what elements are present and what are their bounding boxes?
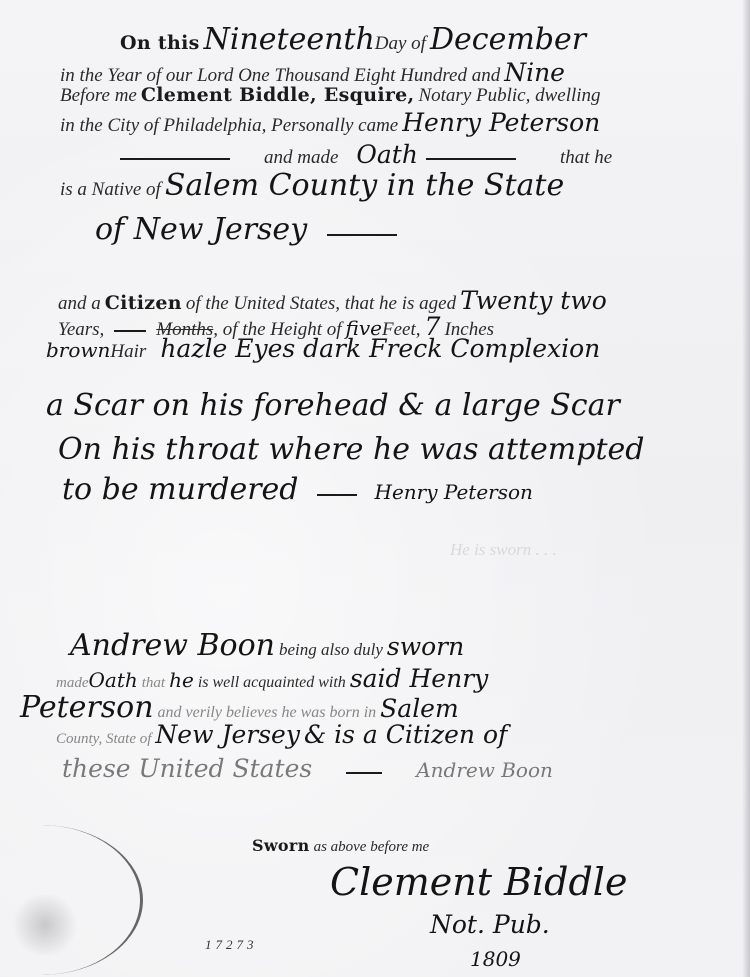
blank-dash: [346, 772, 382, 774]
handwritten-he: he: [169, 668, 194, 692]
citizen-line: and a Citizen of the United States, that…: [58, 286, 607, 315]
handwritten-hair: brown: [46, 338, 110, 362]
witness-line: Andrew Boon being also duly sworn: [70, 628, 464, 663]
applicant-signature: Henry Peterson: [375, 480, 533, 504]
printed-as-above: as above before me: [314, 839, 430, 855]
county-line: County, State of New Jersey & is a Citiz…: [56, 720, 507, 749]
printed-duly: being also duly: [279, 640, 383, 659]
printed-county-state: County, State of: [56, 731, 151, 747]
printed-day-of: Day of: [375, 33, 426, 54]
handwritten-said-name: said Henry: [350, 664, 488, 693]
page-edge: [742, 0, 750, 977]
printed-made: made: [56, 675, 89, 691]
handwritten-features: hazle Eyes dark Freck Complexion: [160, 334, 600, 363]
serial-number: 17273: [205, 937, 258, 953]
appearance-line: in the City of Philadelphia, Personally …: [60, 108, 600, 137]
handwritten-month: December: [430, 22, 586, 57]
witness-signature: Andrew Boon: [416, 758, 553, 782]
handwritten-year: Nine: [504, 58, 565, 87]
handwritten-murdered: to be murdered: [62, 472, 299, 507]
printed-citizen: Citizen: [105, 292, 182, 314]
blank-dash: [317, 494, 357, 496]
faded-bleedthrough-text: He is sworn . . .: [450, 540, 557, 560]
handwritten-scar-forehead: a Scar on his forehead & a large Scar: [46, 388, 620, 423]
handwritten-state: of New Jersey: [95, 212, 307, 247]
handwritten-oath-2: Oath: [89, 668, 138, 692]
acquainted-line: madeOath that he is well acquainted with…: [56, 664, 488, 693]
document-year: 1809: [470, 947, 521, 971]
handwritten-applicant-name: Henry Peterson: [402, 108, 600, 137]
oath-made-line: and made Oath that he: [120, 140, 612, 169]
blank-dash: [120, 158, 230, 160]
native-state-line: of New Jersey: [95, 212, 397, 247]
printed-hair: Hair: [110, 341, 146, 362]
notary-signature-title: Not. Pub.: [430, 910, 550, 939]
printed-city: in the City of Philadelphia, Personally …: [60, 115, 398, 136]
printed-native-of: is a Native of: [60, 179, 161, 200]
printed-verily-believes: and verily believes he was born in: [158, 704, 377, 721]
notary-title: Not. Pub.: [430, 910, 550, 939]
handwritten-sworn: sworn: [387, 632, 464, 661]
features-line: brownHair hazle Eyes dark Freck Complexi…: [46, 334, 600, 363]
sworn-line: Sworn as above before me: [252, 836, 429, 856]
blank-dash: [114, 330, 146, 332]
handwritten-citizen-of: & is a Citizen of: [304, 720, 507, 749]
printed-notary-public: Notary Public, dwelling: [418, 85, 600, 106]
handwritten-birthplace: Salem County in the State: [165, 168, 564, 203]
printed-sworn: Sworn: [252, 836, 310, 855]
seal-smudge: [10, 895, 80, 955]
handwritten-day: Nineteenth: [204, 22, 375, 57]
printed-and-a: and a: [58, 293, 101, 314]
handwritten-year-1809: 1809: [470, 947, 521, 971]
handwritten-oath: Oath: [356, 140, 418, 169]
printed-aged: of the United States, that he is aged: [186, 293, 456, 314]
handwritten-scar-throat: On his throat where he was attempted: [58, 432, 644, 467]
printed-that-he: that he: [560, 147, 612, 168]
blank-dash: [327, 234, 397, 236]
handwritten-age: Twenty two: [460, 286, 607, 315]
handwritten-salem: Salem: [380, 694, 459, 723]
printed-before-me: Before me: [60, 85, 137, 106]
oath-date-line: On this NineteenthDay of December: [120, 22, 586, 57]
printed-that: that: [142, 675, 165, 691]
notary-signature-name: Clement Biddle: [330, 860, 627, 904]
printed-on-this: On this: [120, 32, 200, 54]
description-line-1: a Scar on his forehead & a large Scar: [46, 388, 620, 423]
handwritten-new-jersey: New Jersey: [155, 720, 300, 749]
printed-acquainted: is well acquainted with: [198, 674, 346, 691]
notary-name: Clement Biddle, Esquire,: [141, 84, 415, 106]
handwritten-united-states: these United States: [62, 754, 312, 783]
united-states-line: these United States Andrew Boon: [62, 754, 553, 783]
printed-and-made: and made: [264, 147, 338, 168]
handwritten-witness-name: Andrew Boon: [70, 628, 275, 663]
blank-dash: [426, 158, 516, 160]
notary-signature: Clement Biddle: [330, 860, 627, 904]
description-line-2: On his throat where he was attempted: [58, 432, 644, 467]
printed-year-text: in the Year of our Lord One Thousand Eig…: [60, 65, 500, 86]
oath-year-line: in the Year of our Lord One Thousand Eig…: [60, 58, 565, 87]
native-line: is a Native of Salem County in the State: [60, 168, 564, 203]
notary-line: Before me Clement Biddle, Esquire, Notar…: [60, 84, 601, 107]
description-line-3: to be murdered Henry Peterson: [62, 472, 533, 507]
